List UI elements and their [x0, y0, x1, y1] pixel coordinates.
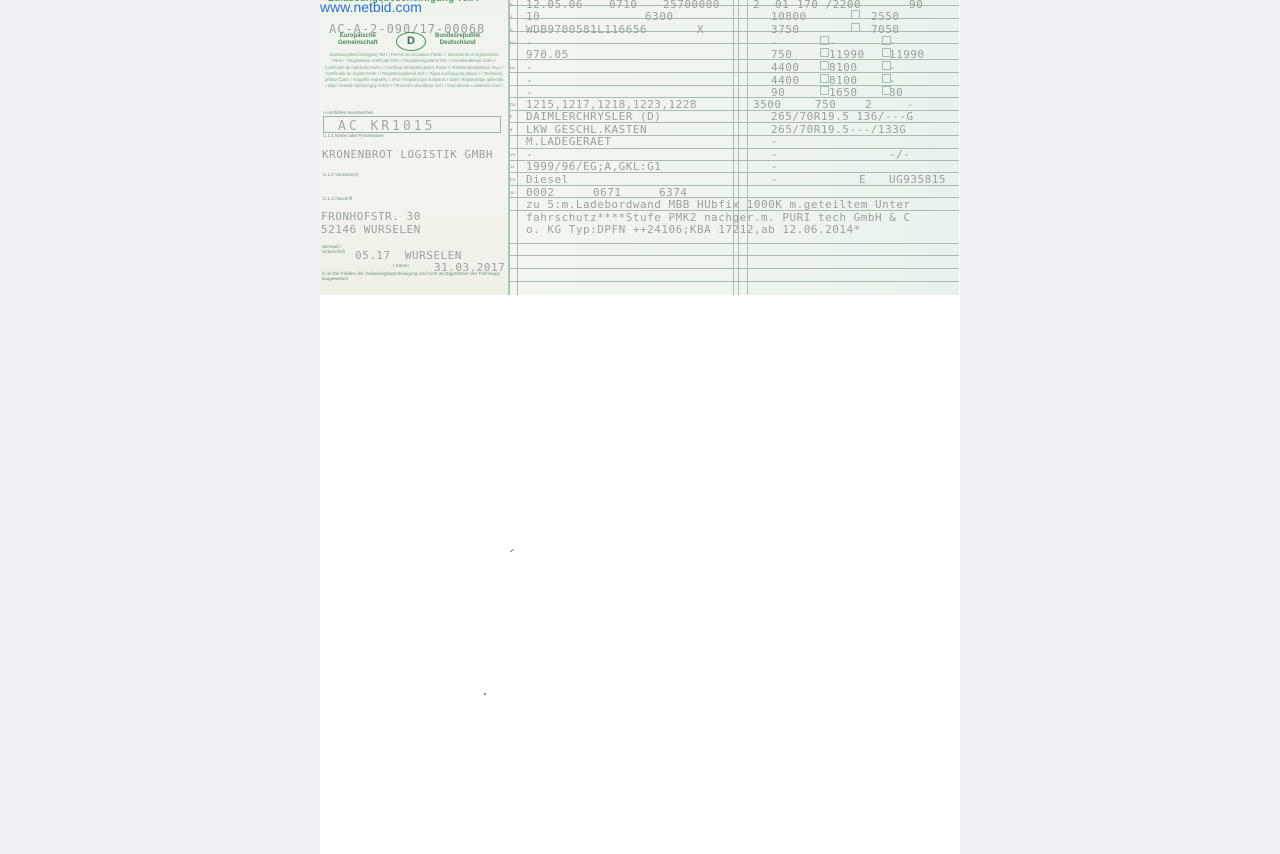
data-value: -/- [889, 148, 910, 161]
eu-label-line2: Gemeinschaft [338, 40, 378, 47]
scan-speck [484, 693, 486, 695]
field-code: 10 [510, 190, 514, 195]
field-code: P3 [510, 177, 515, 182]
field-value: 10 [526, 10, 540, 23]
field-value: - [526, 61, 533, 74]
data-value: 265/70R19.5 136/---G [771, 110, 913, 123]
address-label: C.1.3 Anschrift [323, 196, 352, 201]
eu-label: Europäische Gemeinschaft [338, 33, 378, 47]
grid-rule-row [509, 281, 959, 282]
data-value: - [771, 135, 778, 148]
field-value-extra: 0710 [609, 0, 638, 11]
registration-certificate-scan: Zulassungsbescheinigung Teil I www.netbi… [320, 0, 959, 295]
field-code: 2 [510, 14, 512, 19]
field-value: Diesel [526, 173, 569, 186]
field-code-box [820, 36, 829, 45]
data-value: - [771, 173, 778, 186]
data-value: 3750 [771, 23, 800, 36]
data-value: 90 [909, 0, 923, 11]
country-label-line1: Bundesrepublik [435, 33, 480, 40]
footer-note: C.4c Der Inhaber der Zulassungsbescheini… [322, 271, 502, 281]
field-code-box [851, 23, 860, 32]
holder-name: KRONENBROT LOGISTIK GMBH [322, 148, 493, 161]
grid-rule-row [509, 268, 959, 269]
field-code-box [820, 74, 829, 83]
data-value: E [859, 173, 866, 186]
watermark-link[interactable]: www.netbid.com [320, 0, 422, 15]
data-value: 10800 [771, 10, 807, 23]
field-code: B [510, 2, 513, 7]
field-code-box [882, 48, 891, 57]
issuer-label: Stempel / Unterschrift [322, 244, 352, 254]
country-code-oval: D [396, 32, 426, 51]
field-value: DAIMLERCHRYSLER (D) [526, 110, 661, 123]
data-value: UG935815 [889, 173, 946, 186]
field-code-box [820, 48, 829, 57]
field-code-box [882, 61, 891, 70]
field-code-box [820, 61, 829, 70]
field-code-box [882, 74, 891, 83]
plate-label: A Amtliches Kennzeichen [323, 110, 374, 115]
data-value: 80 [889, 86, 903, 99]
data-value: - [771, 160, 778, 173]
remark-line: fahrschutz****Stufe PMK2 nachger.m. PURI… [526, 211, 911, 224]
grid-rule-row [509, 243, 959, 244]
date-label: I Datum [393, 263, 409, 268]
data-value: 750 [771, 48, 792, 61]
country-label: Bundesrepublik Deutschland [435, 33, 480, 47]
field-value-extra: 6300 [645, 10, 674, 23]
data-value: 7050 [871, 23, 900, 36]
data-value: 11990 [889, 48, 925, 61]
remark-line: zu 5:m.Ladebordwand MBB HUbfix 1000K m.g… [526, 198, 911, 211]
eu-header: Europäische Gemeinschaft D Bundesrepubli… [330, 33, 500, 51]
data-value: 2550 [871, 10, 900, 23]
field-code: D2 [510, 65, 515, 70]
field-value: 1999/96/EG;A,GKL:G1 [526, 160, 661, 173]
address-line2: 52146 WURSELEN [321, 223, 421, 236]
field-code: 5 [510, 127, 512, 132]
field-code-box [820, 86, 829, 95]
data-value: 4400 [771, 61, 800, 74]
holder-panel: Zulassungsbescheinigung Teil I www.netbi… [320, 0, 509, 295]
field-code-box [882, 86, 891, 95]
name-label: C.1.1 Name oder Firmenname [323, 133, 384, 138]
vehicle-data-grid: B12.05.060710257000002106300EWDB9700581L… [509, 0, 959, 295]
license-plate: AC KR1015 [338, 119, 435, 134]
field-value: 970.05 [526, 48, 569, 61]
remark-line: o. KG Typ:DPFN ++24106;KBA 17212,ab 12.0… [526, 223, 861, 236]
field-code: V9 [510, 152, 515, 157]
field-code: D1 [510, 40, 515, 45]
field-code: 14 [510, 164, 514, 169]
field-code-box [851, 10, 860, 19]
data-value: 11990 [829, 48, 865, 61]
multilingual-fine-print: Zulassungsbescheinigung Teil I / Permis … [324, 52, 504, 90]
field-value: M.LADEGERAET [526, 135, 611, 148]
grid-rule-row [509, 255, 959, 256]
data-value: 2 [753, 0, 760, 11]
field-code: E [510, 27, 513, 32]
data-value: 8100 [829, 61, 858, 74]
field-code: D3 [510, 102, 515, 107]
data-value: 265/70R19.5---/133G [771, 123, 906, 136]
field-value: WDB9700581L116656 [526, 23, 647, 36]
country-label-line2: Deutschland [435, 40, 480, 47]
field-code: F [510, 114, 512, 119]
firstname-label: C.1.2 Vorname(n) [323, 172, 359, 177]
eu-label-line1: Europäische [338, 33, 378, 40]
field-value-extra: X [697, 23, 704, 36]
field-code-box [882, 36, 891, 45]
address-line1: FRONHOFSTR. 30 [321, 210, 421, 223]
